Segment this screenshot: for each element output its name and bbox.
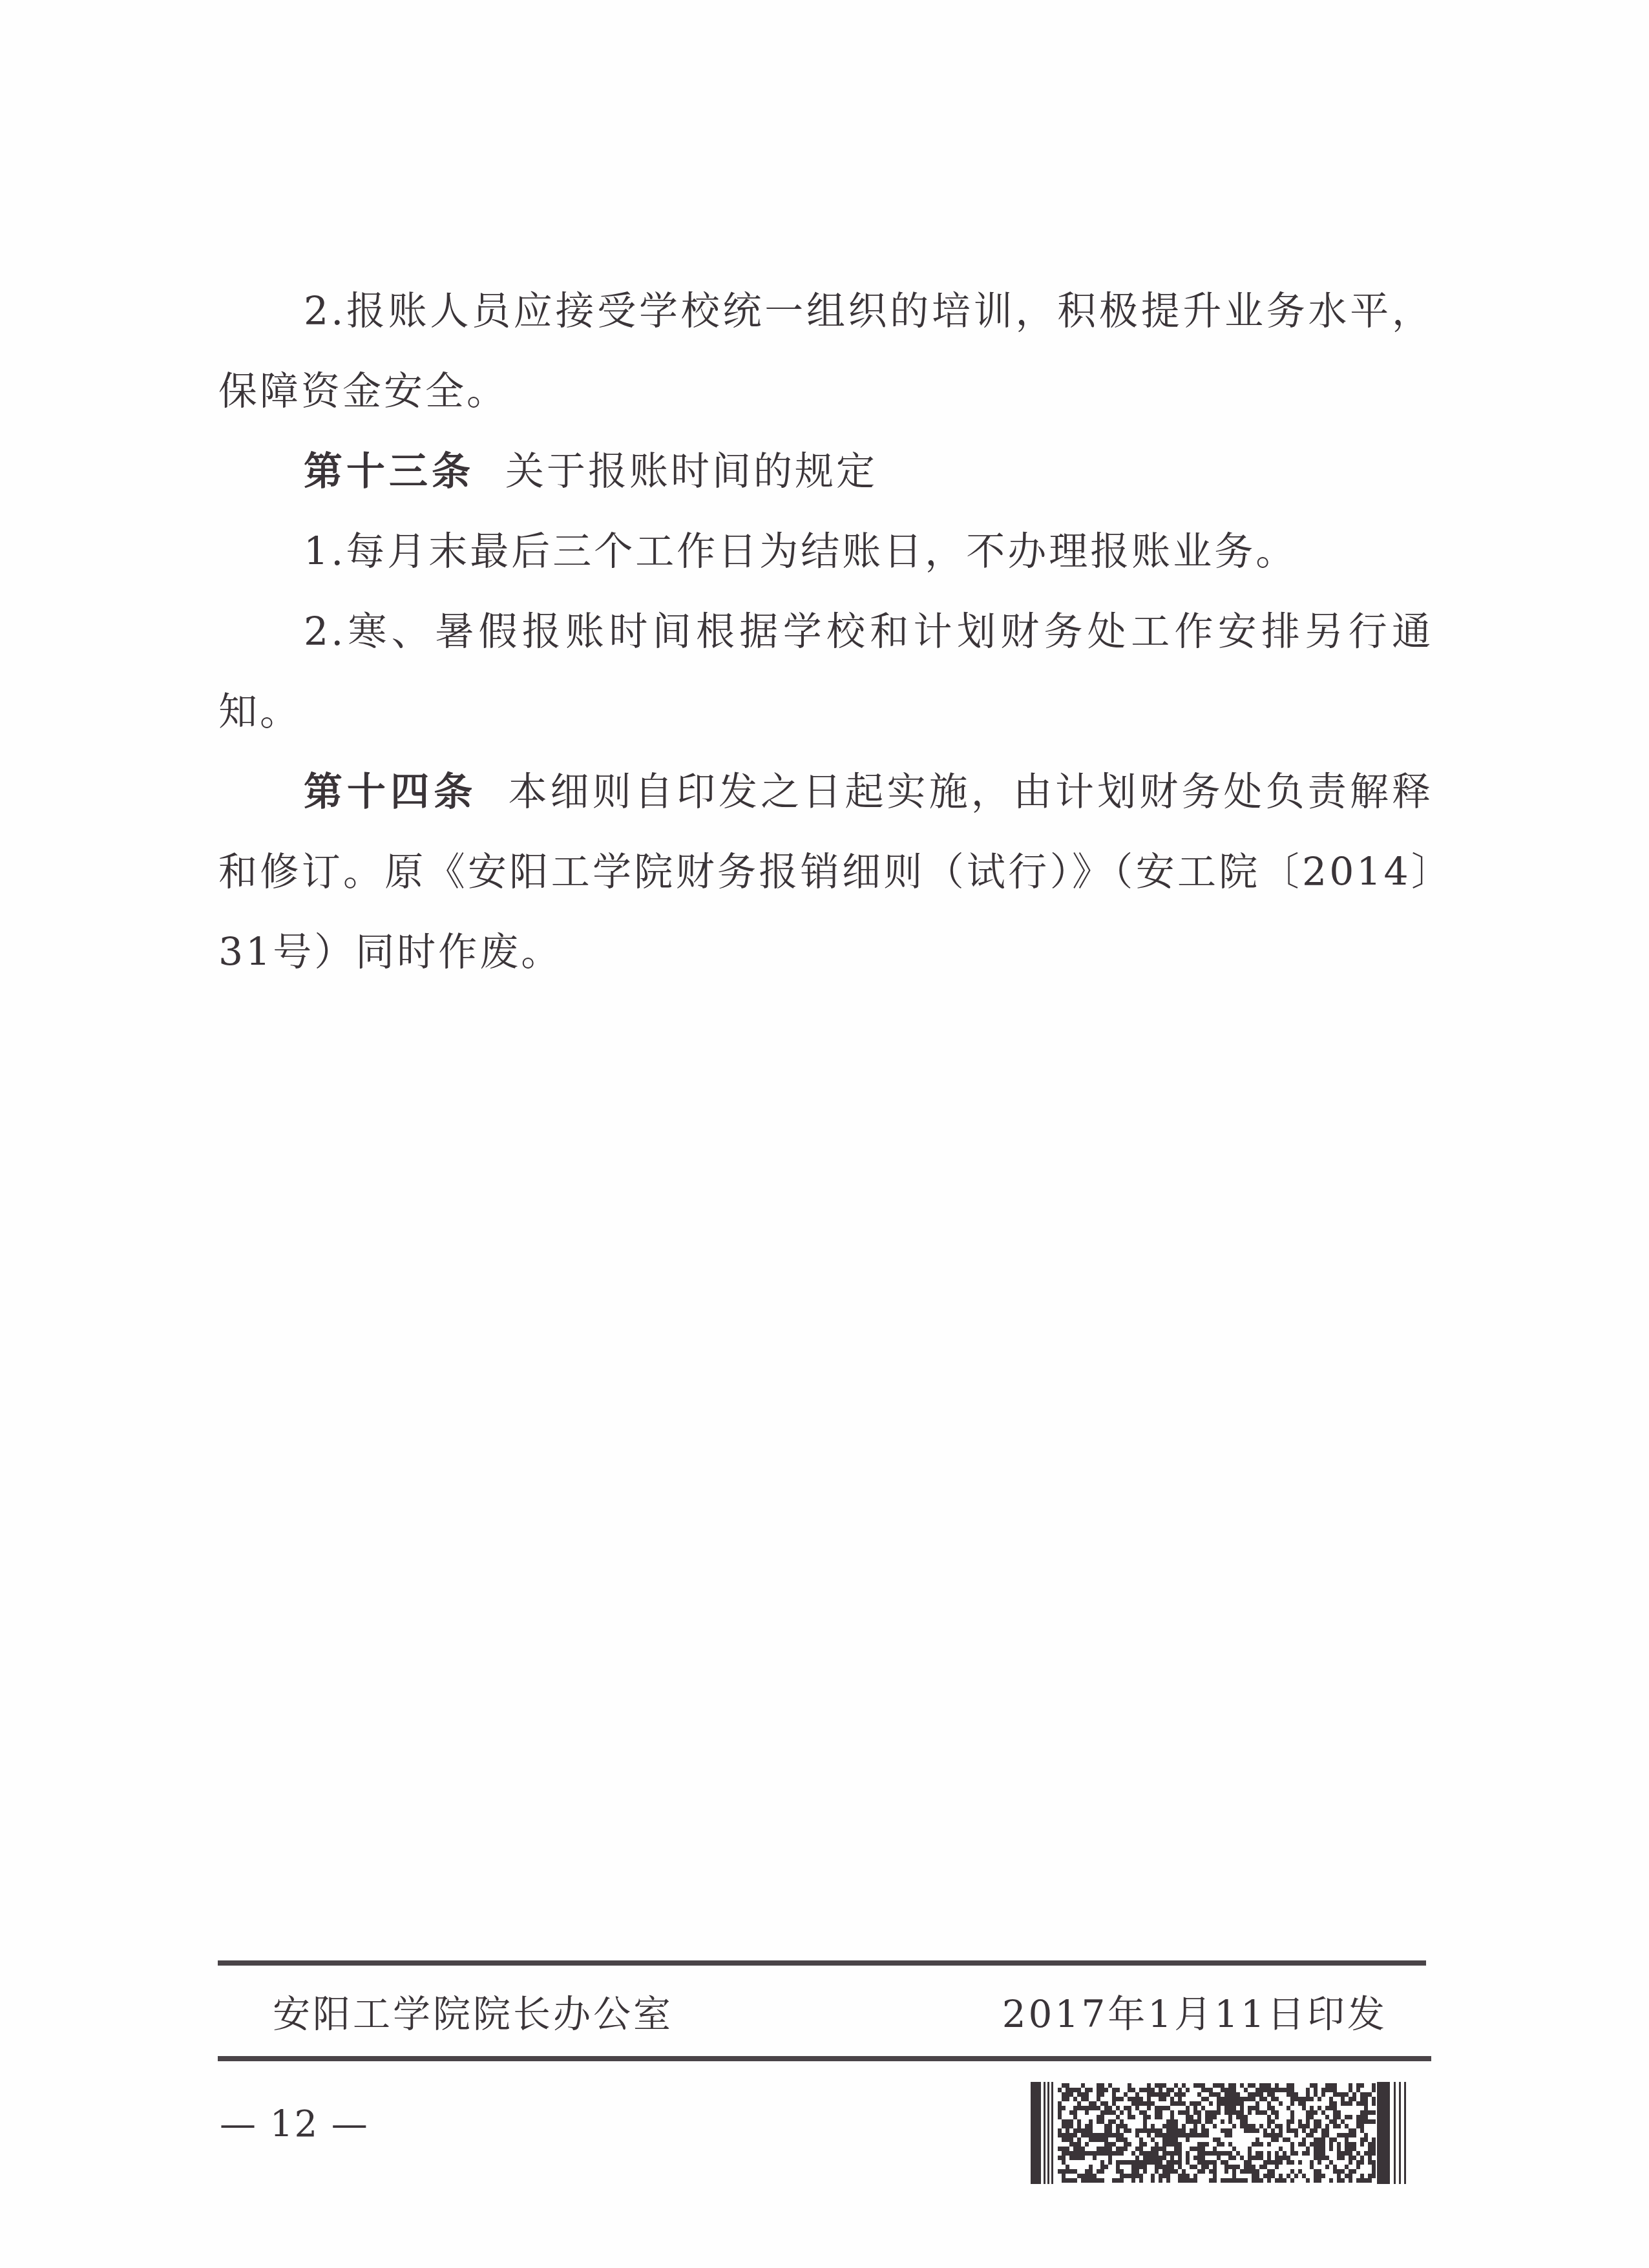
paragraph-article-13-item-2: 2.寒、暑假报账时间根据学校和计划财务处工作安排另行通知。 [218, 592, 1433, 752]
article-13-heading-paragraph: 第十三条关于报账时间的规定 [218, 432, 1433, 512]
pdf417-barcode-icon [1031, 2082, 1410, 2184]
paragraph-article-12-item-2: 2.报账人员应接受学校统一组织的培训，积极提升业务水平，保障资金安全。 [218, 271, 1433, 432]
paragraph-text: 2.报账人员应接受学校统一组织的培训，积极提升业务水平，保障资金安全。 [218, 289, 1433, 414]
article-heading: 第十四条 [304, 770, 477, 815]
paragraph-text: 2.寒、暑假报账时间根据学校和计划财务处工作安排另行通知。 [218, 609, 1433, 735]
paragraph-article-13-item-1: 1.每月末最后三个工作日为结账日，不办理报账业务。 [218, 512, 1433, 592]
paragraph-text: 1.每月末最后三个工作日为结账日，不办理报账业务。 [304, 529, 1297, 574]
imprint-issuer: 安阳工学院院长办公室 [273, 1984, 673, 2038]
article-heading: 第十三条 [304, 449, 474, 494]
imprint-date: 2017年1月11日印发 [1002, 1984, 1387, 2038]
article-14-paragraph: 第十四条本细则自印发之日起实施，由计划财务处负责解释和修订。原《安阳工学院财务报… [218, 752, 1433, 992]
imprint-top-rule [218, 1960, 1426, 1966]
imprint-block: 安阳工学院院长办公室 2017年1月11日印发 [218, 1960, 1426, 2061]
page-number: — 12 — [220, 2103, 369, 2145]
imprint-row: 安阳工学院院长办公室 2017年1月11日印发 [218, 1966, 1426, 2056]
document-body: 2.报账人员应接受学校统一组织的培训，积极提升业务水平，保障资金安全。 第十三条… [218, 271, 1433, 992]
document-page: 2.报账人员应接受学校统一组织的培训，积极提升业务水平，保障资金安全。 第十三条… [0, 0, 1649, 2268]
article-title: 关于报账时间的规定 [505, 449, 877, 494]
imprint-bottom-rule [218, 2056, 1431, 2061]
